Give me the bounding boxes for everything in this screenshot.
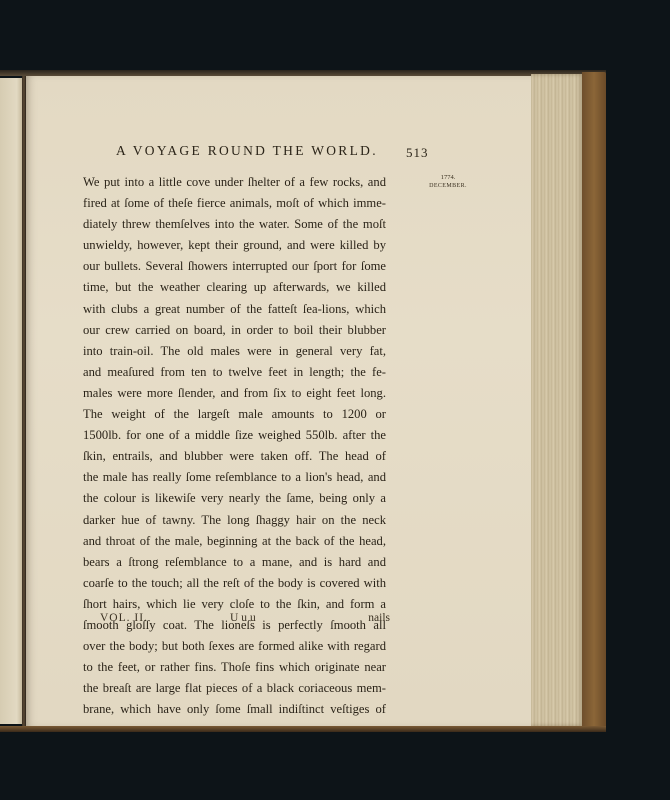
text-line: with clubs a great number of the fatteſt…: [83, 299, 386, 320]
margin-note-date: 1774. DECEMBER.: [423, 174, 473, 190]
text-line: our crew carried on board, in order to b…: [83, 320, 386, 341]
text-line: the colour is likewiſe very nearly the ſ…: [83, 488, 386, 509]
text-line: fired at ſome of theſe fierce animals, m…: [83, 193, 386, 214]
text-line: the male has really ſome reſemblance to …: [83, 467, 386, 488]
text-line: our bullets. Several ſhowers interrupted…: [83, 256, 386, 277]
text-line: over the body; but both ſexes are formed…: [83, 636, 386, 657]
text-line: into train-oil. The old males were in ge…: [83, 341, 386, 362]
page-footer: VOL. II. Uuu nails: [100, 612, 390, 628]
volume-label: VOL. II.: [100, 612, 148, 624]
text-line: ſkin, entrails, and blubber were taken o…: [83, 446, 386, 467]
signature-mark: Uuu: [230, 612, 259, 624]
text-line: males were more ſlender, and from ſix to…: [83, 383, 386, 404]
page-block-edges: [531, 74, 583, 726]
text-line: bears a ſtrong reſemblance to a mane, an…: [83, 552, 386, 573]
left-page-edge: [0, 78, 24, 724]
text-line: coarſe to the touch; all the reſt of the…: [83, 573, 386, 594]
book-cover-bottom-edge: [0, 726, 606, 732]
text-line: and meaſured from ten to twelve feet in …: [83, 362, 386, 383]
text-line: time, but the weather clearing up afterw…: [83, 277, 386, 298]
body-text: We put into a little cove under ſhelter …: [83, 172, 386, 720]
margin-note-month: DECEMBER.: [423, 182, 473, 190]
text-line: We put into a little cove under ſhelter …: [83, 172, 386, 193]
book-cover-spine-side: [582, 72, 606, 728]
margin-note-year: 1774.: [423, 174, 473, 182]
text-line: and throat of the male, beginning at the…: [83, 531, 386, 552]
catchword: nails: [368, 612, 390, 624]
text-line: to the feet, or rather fins. Thoſe fins …: [83, 657, 386, 678]
text-line: The weight of the largeſt male amounts t…: [83, 404, 386, 425]
page-number: 513: [406, 145, 429, 161]
text-line: darker hue of tawny. The long ſhaggy hai…: [83, 510, 386, 531]
text-line: the breaſt are large flat pieces of a bl…: [83, 678, 386, 699]
text-line: brane, which have only ſome ſmall indiſt…: [83, 699, 386, 720]
text-line: unwieldy, however, kept their ground, an…: [83, 235, 386, 256]
text-line: diately threw themſelves into the water.…: [83, 214, 386, 235]
text-line: 1500lb. for one of a middle ſize weighed…: [83, 425, 386, 446]
running-head: A VOYAGE ROUND THE WORLD.: [116, 143, 436, 159]
